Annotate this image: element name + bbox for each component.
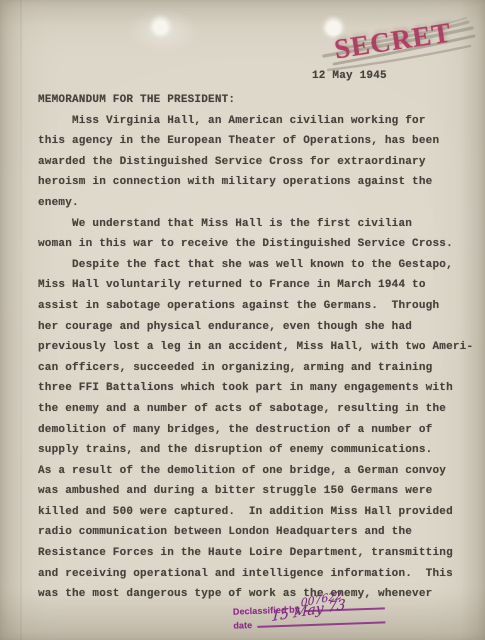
memo-line: the enemy and a number of acts of sabota… [38,399,478,420]
memo-line: Resistance Forces in the Haute Loire Dep… [38,543,478,564]
memo-date: 12 May 1945 [312,70,387,82]
memo-line: heroism in connection with military oper… [38,172,478,193]
memo-line: killed and 500 were captured. In additio… [38,502,478,523]
memo-line: demolition of many bridges, the destruct… [38,420,478,441]
memo-line: Miss Virginia Hall, an American civilian… [38,111,478,132]
memo-text-block: MEMORANDUM FOR THE PRESIDENT: Miss Virgi… [38,90,478,605]
memo-line: was ambushed and during a bitter struggl… [38,481,478,502]
memo-line: supply trains, and the disruption of ene… [38,440,478,461]
memo-line: Despite the fact that she was well known… [38,255,478,276]
memo-line: previously lost a leg in an accident, Mi… [38,337,478,358]
memo-line: We understand that Miss Hall is the firs… [38,214,478,235]
memo-line: and receiving operational and intelligen… [38,564,478,585]
memo-line: awarded the Distinguished Service Cross … [38,152,478,173]
memo-line: Miss Hall voluntarily returned to France… [38,275,478,296]
scanned-memo-page: SECRET 12 May 1945 MEMORANDUM FOR THE PR… [0,0,485,640]
memo-heading: MEMORANDUM FOR THE PRESIDENT: [38,90,478,111]
memo-line: three FFI Battalions which took part in … [38,378,478,399]
memo-line: can officers, succeeded in organizing, a… [38,358,478,379]
paper-crease [20,0,22,640]
memo-line: this agency in the European Theater of O… [38,131,478,152]
memo-line: assist in sabotage operations against th… [38,296,478,317]
declassified-stamp: Declassified by date 007622 15 May 73 [233,597,388,630]
declassified-date-label: date [233,620,252,631]
hole-punch-left [152,18,169,35]
memo-body: Miss Virginia Hall, an American civilian… [38,111,478,605]
memo-line: radio communication between London Headq… [38,522,478,543]
memo-line: As a result of the demolition of one bri… [38,461,478,482]
memo-line: woman in this war to receive the Disting… [38,234,478,255]
secret-classification-stamp: SECRET [332,17,453,66]
memo-line: her courage and physical endurance, even… [38,317,478,338]
memo-line: enemy. [38,193,478,214]
